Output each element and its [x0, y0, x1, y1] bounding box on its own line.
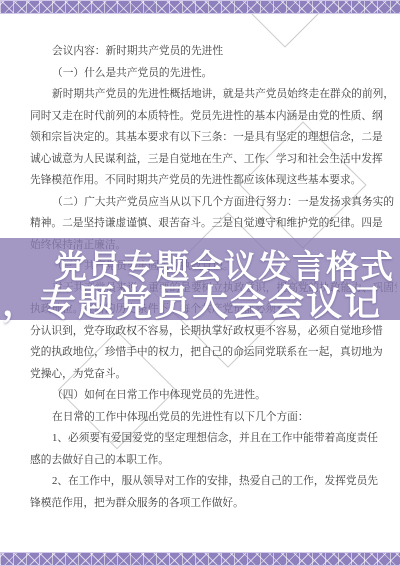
text-line: 1、必须要有爱国爱党的坚定理想信念，并且在工作中能带着高度责任 — [30, 428, 397, 450]
text-line: 分认识到，党夺取政权不容易，长期执掌好政权更不容易，必须自觉地珍惜 — [30, 321, 397, 343]
text-line: 感的去做好自己的本职工作。 — [30, 450, 397, 472]
page-root: 会议内容：新时期共产党员的先进性 （一）什么是共产党员的先进性。 新时期共产党员… — [0, 0, 400, 566]
text-line: 会议内容：新时期共产党员的先进性 — [30, 41, 397, 63]
text-line: 精神。二是坚持谦虚谨慎、艰苦奋斗。三是自觉遵守和维护党的纪律。四是 — [30, 213, 397, 235]
text-line: 同时又走在时代前列的本质特性。党员先进性的基本内涵是由党的性质、纲 — [30, 106, 397, 128]
text-line: 新时期共产党员的先进性概括地讲，就是共产党员始终走在群众的前列， — [30, 84, 397, 106]
bottom-lattice-border — [0, 552, 400, 566]
text-line: 领和宗旨决定的。其基本要求有以下三条：一是具有坚定的理想信念，二是 — [30, 127, 397, 149]
text-line: （四）如何在日常工作中体现党员的先进性。 — [30, 385, 397, 407]
text-line: （一）什么是共产党员的先进性。 — [30, 63, 397, 85]
text-line: 诚心诚意为人民谋利益，三是自觉地在生产、工作、学习和社会生活中发挥 — [30, 149, 397, 171]
text-line: 党的执政地位，珍惜手中的权力，把自己的命运同党联系在一起，真切地为 — [30, 342, 397, 364]
text-line: 2、在工作中，服从领导对工作的安排，热爱自己的工作，发挥党员先 — [30, 471, 397, 493]
top-lattice-border — [0, 0, 400, 14]
text-line: 党操心，为党奋斗。 — [30, 364, 397, 386]
text-line: 在日常的工作中体现出党员的先进性有以下几个方面： — [30, 407, 397, 429]
text-line: 先锋模范作用。不同时期共产党员的先进性都应该体现这些基本要求。 — [30, 170, 397, 192]
banner-title-line1: 党员专题会议发言格式 — [54, 249, 394, 285]
text-line: （二）广大共产党员应当从以下几个方面进行努力：一是发扬求真务实的 — [30, 192, 397, 214]
text-line: 锋模范作用，把为群众服务的各项工作做好。 — [30, 493, 397, 515]
banner-title-line2: ，专题党员大会会议记 — [2, 284, 382, 322]
